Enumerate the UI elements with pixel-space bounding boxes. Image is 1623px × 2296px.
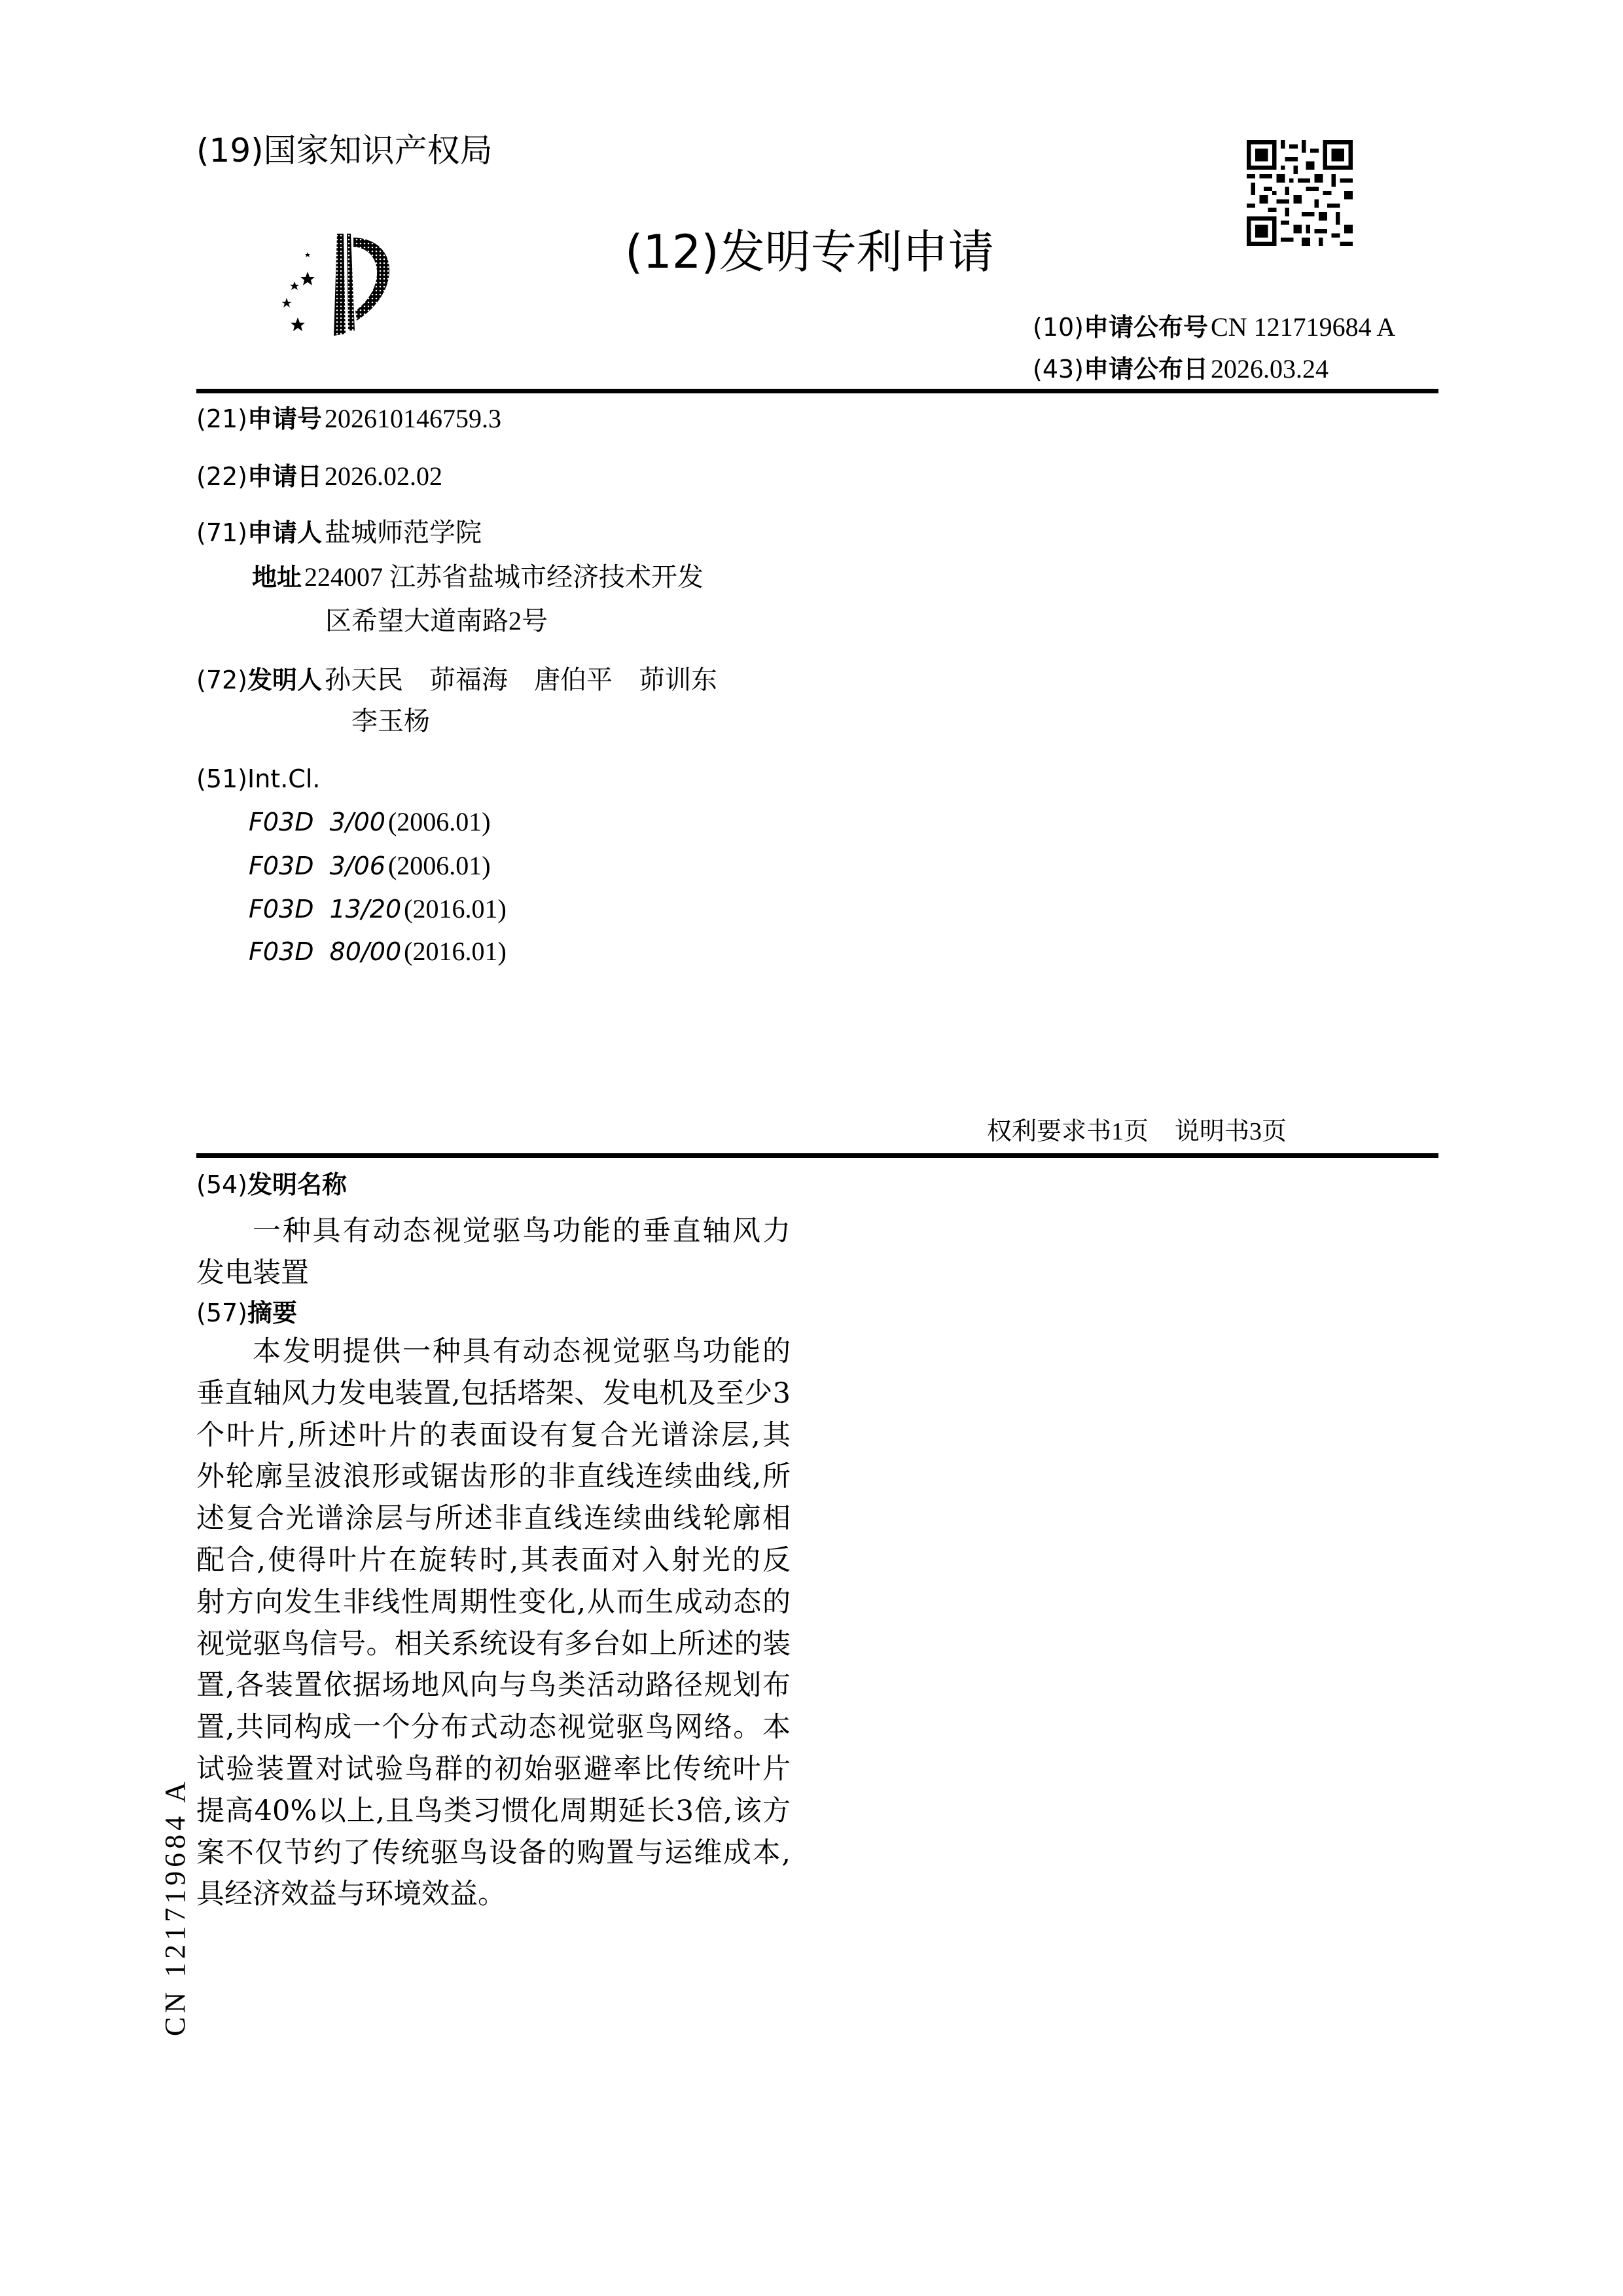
abstract-label: 摘要 bbox=[247, 1299, 297, 1327]
abstract-line: 个叶片,所述叶片的表面设有复合光谱涂层,其 bbox=[196, 1415, 791, 1457]
abstract-line: 案不仅节约了传统驱鸟设备的购置与运维成本, bbox=[196, 1833, 791, 1874]
ipc-entry: F03D 3/00(2006.01) bbox=[249, 806, 491, 844]
abstract-line: 视觉驱鸟信号。相关系统设有多台如上所述的装 bbox=[196, 1624, 791, 1666]
ipc-entry: F03D 3/06(2006.01) bbox=[249, 850, 491, 888]
ipc-code: (51) bbox=[196, 764, 247, 793]
abstract-line: 外轮廓呈波浪形或锯齿形的非直线连续曲线,所 bbox=[196, 1456, 791, 1498]
address-line-1: 224007 江苏省盐城市经济技术开发 bbox=[304, 562, 704, 592]
office-header: (19)国家知识产权局 bbox=[196, 131, 493, 170]
abstract-line: 具经济效益与环境效益。 bbox=[196, 1874, 791, 1916]
doc-type-code: (12) bbox=[625, 225, 719, 279]
abstract-line: 置,各装置依据场地风向与鸟类活动路径规划布 bbox=[196, 1665, 791, 1707]
invention-title: 一种具有动态视觉驱鸟功能的垂直轴风力 发电装置 bbox=[196, 1211, 791, 1295]
ipc-entry: F03D 13/20(2016.01) bbox=[249, 893, 507, 931]
title-section-label: 发明名称 bbox=[247, 1170, 347, 1199]
publication-date-label: 申请公布日 bbox=[1084, 355, 1208, 384]
abstract-line: 射方向发生非线性周期性变化,从而生成动态的 bbox=[196, 1582, 791, 1624]
inventors-code: (72) bbox=[196, 666, 247, 694]
applicant-name: 盐城师范学院 bbox=[325, 518, 482, 547]
invention-title-line: 一种具有动态视觉驱鸟功能的垂直轴风力 bbox=[196, 1211, 791, 1253]
address-row-2: 区希望大道南路2号 bbox=[325, 605, 548, 643]
inventor-name: 李玉杨 bbox=[351, 706, 430, 736]
applicant-code: (71) bbox=[196, 518, 247, 547]
abstract-line: 垂直轴风力发电装置,包括塔架、发电机及至少3 bbox=[196, 1373, 791, 1415]
abstract-line: 本发明提供一种具有动态视觉驱鸟功能的 bbox=[196, 1331, 791, 1373]
applicant-label: 申请人 bbox=[247, 518, 322, 547]
doc-type: 发明专利申请 bbox=[719, 225, 994, 279]
abstract-line: 试验装置对试验鸟群的初始驱避率比传统叶片 bbox=[196, 1749, 791, 1791]
inventor-name: 唐伯平 bbox=[534, 665, 613, 694]
ipc-class: F03D 3/06 bbox=[249, 852, 385, 880]
office-name: 国家知识产权局 bbox=[264, 132, 493, 170]
filing-date: 2026.02.02 bbox=[325, 461, 442, 491]
abstract-line: 述复合光谱涂层与所述非直线连续曲线轮廓相 bbox=[196, 1498, 791, 1540]
page-counts: 权利要求书1页说明书3页 bbox=[987, 1115, 1287, 1148]
claims-page-count: 权利要求书1页 bbox=[987, 1118, 1149, 1145]
abstract-code: (57) bbox=[196, 1299, 247, 1327]
invention-title-line: 发电装置 bbox=[196, 1253, 791, 1295]
address-row: 地址 224007 江苏省盐城市经济技术开发 bbox=[252, 561, 704, 600]
cnipa-logo-icon bbox=[268, 226, 419, 344]
ipc-header: (51)Int.Cl. bbox=[196, 762, 320, 801]
application-number: 202610146759.3 bbox=[325, 404, 501, 433]
invention-title-header: (54)发明名称 bbox=[196, 1168, 347, 1207]
inventors-label: 发明人 bbox=[247, 666, 322, 694]
header-divider bbox=[196, 389, 1438, 393]
ipc-class: F03D 80/00 bbox=[249, 937, 401, 966]
abstract-text: 本发明提供一种具有动态视觉驱鸟功能的 垂直轴风力发电装置,包括塔架、发电机及至少… bbox=[196, 1331, 791, 1916]
ipc-version: (2006.01) bbox=[388, 851, 491, 880]
applicant-row: (71)申请人 盐城师范学院 bbox=[196, 516, 482, 555]
ipc-version: (2016.01) bbox=[404, 894, 507, 924]
abstract-line: 置,共同构成一个分布式动态视觉驱鸟网络。本 bbox=[196, 1707, 791, 1749]
inventor-name: 茆福海 bbox=[429, 665, 508, 694]
ipc-class: F03D 3/00 bbox=[249, 808, 385, 836]
publication-date-code: (43) bbox=[1033, 355, 1084, 384]
qr-code-icon bbox=[1247, 140, 1353, 246]
ipc-label: Int.Cl. bbox=[247, 764, 320, 793]
publication-number-code: (10) bbox=[1033, 313, 1084, 342]
abstract-line: 配合,使得叶片在旋转时,其表面对入射光的反 bbox=[196, 1540, 791, 1582]
inventor-name: 孙天民 bbox=[325, 665, 403, 694]
application-number-label: 申请号 bbox=[247, 404, 322, 433]
abstract-header: (57)摘要 bbox=[196, 1297, 297, 1335]
inventors-row: (72)发明人 孙天民 茆福海 唐伯平 茆训东 bbox=[196, 664, 717, 702]
publication-date: 2026.03.24 bbox=[1211, 354, 1329, 384]
filing-date-row: (22)申请日 2026.02.02 bbox=[196, 460, 442, 499]
application-number-row: (21)申请号 202610146759.3 bbox=[196, 403, 501, 441]
abstract-line: 提高40%以上,且鸟类习惯化周期延长3倍,该方 bbox=[196, 1791, 791, 1833]
publication-number-label: 申请公布号 bbox=[1084, 313, 1208, 342]
description-page-count: 说明书3页 bbox=[1175, 1118, 1287, 1145]
address-label: 地址 bbox=[252, 563, 302, 592]
inventors-row-2: 李玉杨 bbox=[351, 705, 430, 744]
filing-date-label: 申请日 bbox=[247, 462, 322, 491]
title-section-code: (54) bbox=[196, 1170, 247, 1199]
ipc-version: (2016.01) bbox=[404, 937, 507, 966]
filing-date-code: (22) bbox=[196, 462, 247, 491]
document-type-title: (12)发明专利申请 bbox=[625, 226, 994, 278]
ipc-class: F03D 13/20 bbox=[249, 895, 401, 924]
publication-number: CN 121719684 A bbox=[1211, 312, 1395, 342]
address-line-2: 区希望大道南路2号 bbox=[325, 606, 548, 636]
ipc-entry: F03D 80/00(2016.01) bbox=[249, 935, 507, 974]
application-number-code: (21) bbox=[196, 404, 247, 433]
inventor-name: 茆训东 bbox=[639, 665, 717, 694]
publication-date-row: (43)申请公布日 2026.03.24 bbox=[1033, 351, 1329, 393]
office-code: (19) bbox=[196, 132, 264, 170]
section-divider bbox=[196, 1153, 1438, 1158]
ipc-version: (2006.01) bbox=[388, 807, 491, 836]
side-publication-number: CN 121719684 A bbox=[158, 1778, 192, 2036]
publication-number-row: (10)申请公布号 CN 121719684 A bbox=[1033, 310, 1395, 351]
